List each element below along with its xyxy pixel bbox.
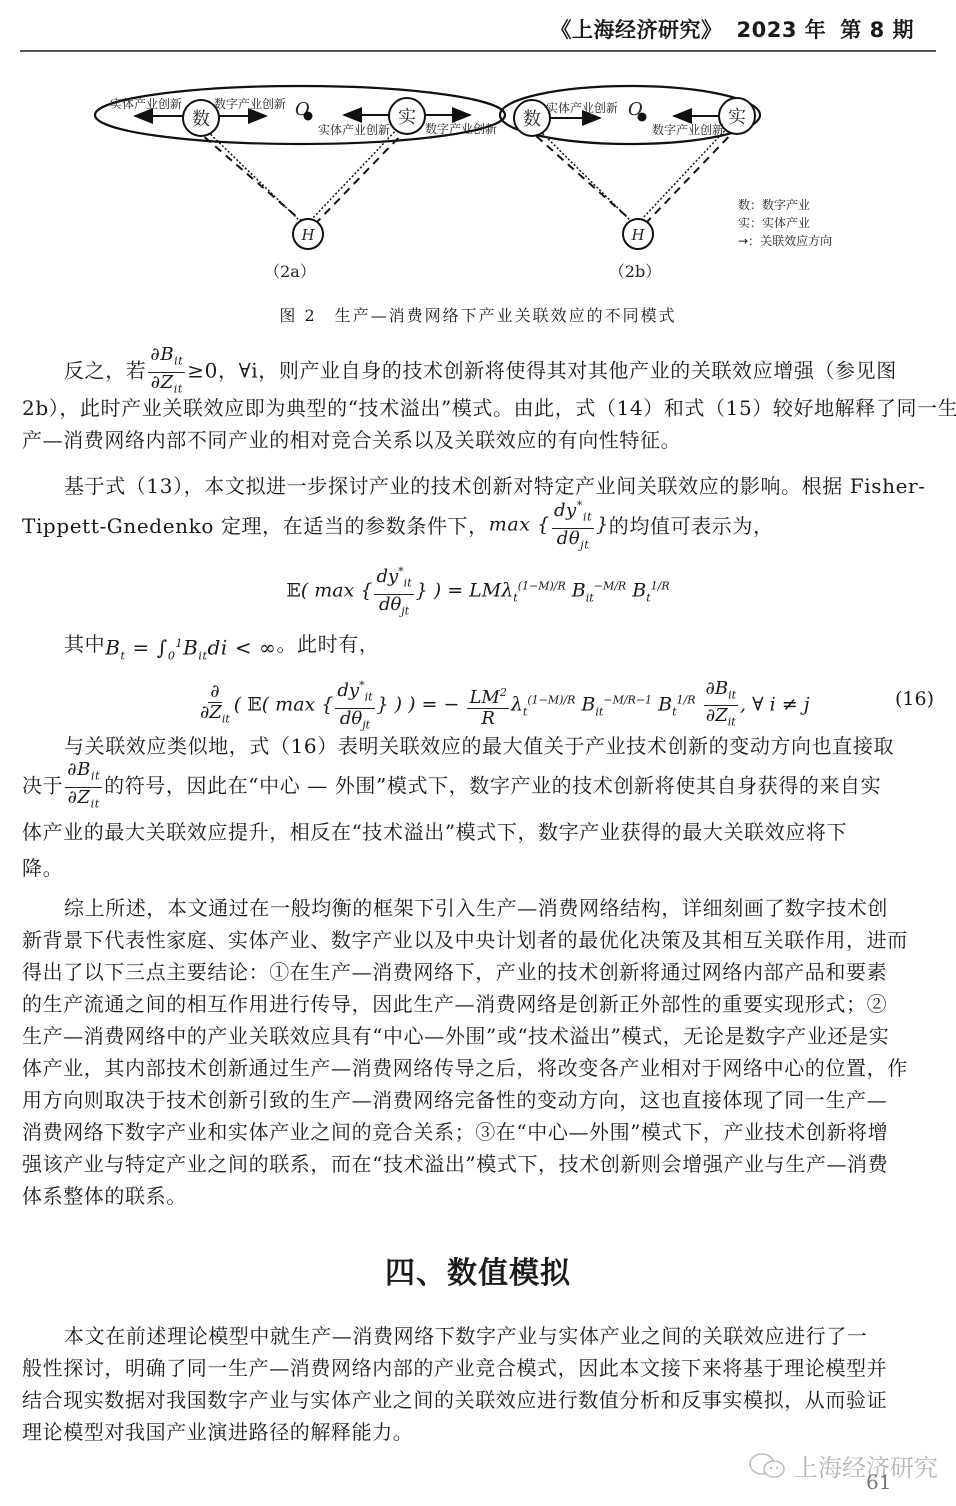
wechat-icon — [748, 1452, 788, 1480]
figure-legend: 数：数字产业 实：实体产业 →：关联效应方向 — [738, 196, 832, 250]
legend-item: 数：数字产业 — [738, 196, 832, 214]
svg-text:数字产业创新: 数字产业创新 — [652, 122, 724, 137]
figure-2: 数 实 H O 实体产业创新 数字产业创新 实体产业创新 数字产业创新 （2a） — [90, 82, 890, 292]
equation-number: (16) — [895, 688, 934, 710]
equation-expected-max: 𝔼( max {dy*itdθjt} ) = LMλt(1−M)/R Bit−M… — [0, 562, 956, 621]
svg-text:（2b）: （2b） — [609, 262, 661, 281]
journal-issue: 第 8 期 — [840, 18, 914, 42]
paragraph: 基于式（13），本文拟进一步探讨产业的技术创新对特定产业间关联效应的影响。根据 … — [22, 470, 936, 550]
svg-text:数: 数 — [523, 109, 541, 130]
paragraph: 综上所述，本文通过在一般均衡的框架下引入生产—消费网络结构，详细刻画了数字技术创… — [22, 892, 936, 1212]
journal-name: 《上海经济研究》 — [551, 18, 723, 42]
paragraph: 与关联效应类似地，式（16）表明关联效应的最大值关于产业技术创新的变动方向也直接… — [22, 730, 936, 884]
paragraph: 本文在前述理论模型中就生产—消费网络下数字产业与实体产业之间的关联效应进行了一 … — [22, 1320, 936, 1448]
svg-text:实体产业创新: 实体产业创新 — [110, 96, 182, 111]
figure-caption: 图 2 生产—消费网络下产业关联效应的不同模式 — [0, 303, 956, 326]
svg-text:实: 实 — [398, 107, 416, 128]
header-rule — [20, 50, 936, 52]
legend-item: →：关联效应方向 — [738, 232, 832, 250]
legend-item: 实：实体产业 — [738, 214, 832, 232]
network-diagram: 数 实 H O 实体产业创新 数字产业创新 实体产业创新 数字产业创新 （2a） — [90, 82, 890, 292]
page-number: 61 — [866, 1470, 891, 1494]
panel-2a: 数 实 H O 实体产业创新 数字产业创新 实体产业创新 数字产业创新 （2a） — [95, 86, 505, 281]
svg-text:实体产业创新: 实体产业创新 — [318, 122, 390, 137]
svg-text:H: H — [300, 226, 315, 244]
paragraph: 其中 Bt = ∫01Bitdi < ∞。此时有， — [22, 628, 936, 660]
journal-year: 2023 年 — [737, 18, 827, 42]
paragraph: 反之，若∂Bit∂Zit≥0，∀i，则产业自身的技术创新将使得其对其他产业的关联… — [22, 352, 936, 456]
panel-2b: 数 实 H O 实体产业创新 数字产业创新 （2b） — [500, 86, 760, 281]
wechat-watermark: 上海经济研究 — [748, 1448, 938, 1483]
integral-expression: Bt = ∫01Bitdi < ∞ — [105, 628, 276, 660]
svg-text:数: 数 — [192, 109, 210, 130]
svg-text:实体产业创新: 实体产业创新 — [546, 100, 618, 115]
section-title: 四、数值模拟 — [0, 1248, 956, 1292]
running-header: 《上海经济研究》2023 年第 8 期 — [537, 14, 915, 44]
max-expression: max {dy*itdθjt} — [489, 496, 609, 555]
svg-text:数字产业创新: 数字产业创新 — [214, 96, 286, 111]
svg-text:实: 实 — [728, 107, 746, 128]
fraction: ∂Bit∂Zit — [65, 760, 102, 814]
fraction: ∂Bit∂Zit — [148, 345, 185, 399]
svg-text:（2a）: （2a） — [264, 262, 316, 281]
svg-text:数字产业创新: 数字产业创新 — [425, 121, 497, 136]
svg-text:H: H — [630, 226, 645, 244]
